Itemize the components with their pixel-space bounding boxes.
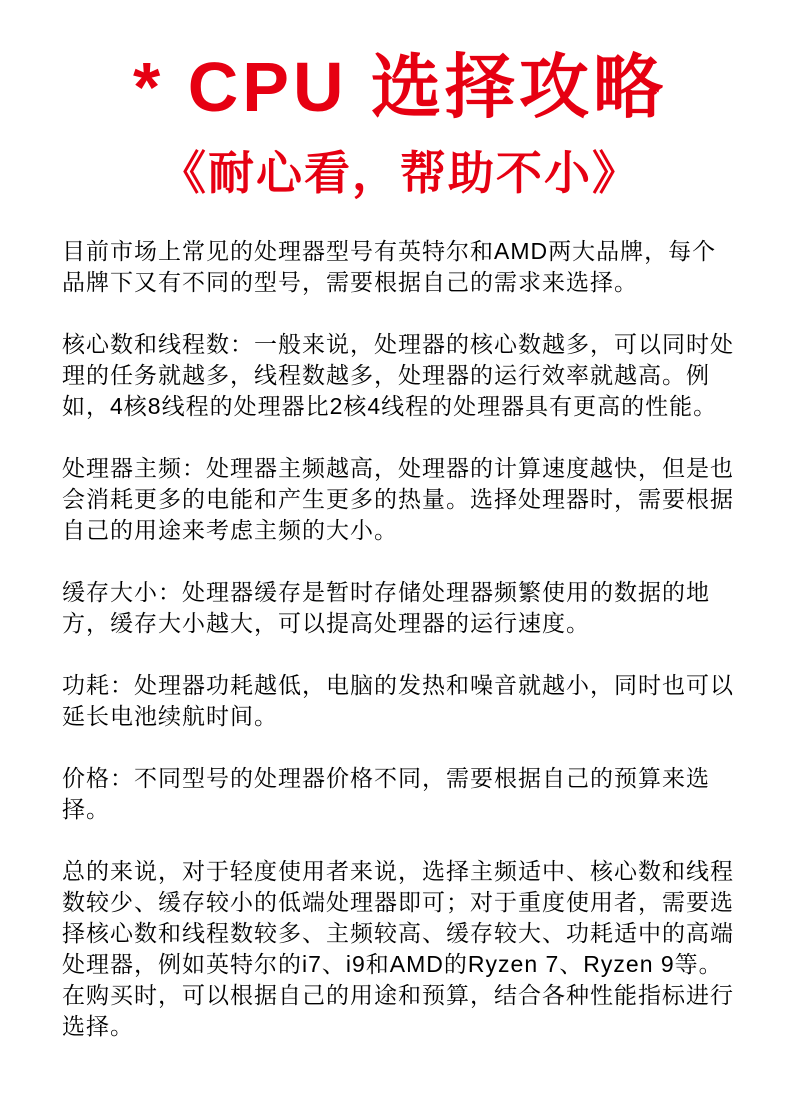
paragraph-cache-size: 缓存大小：处理器缓存是暂时存储处理器频繁使用的数据的地方，缓存大小越大，可以提高… bbox=[62, 577, 740, 639]
cpu-guide-card: * CPU 选择攻略 《耐心看，帮助不小》 目前市场上常见的处理器型号有英特尔和… bbox=[0, 0, 800, 1114]
page-title: * CPU 选择攻略 bbox=[30, 44, 770, 130]
paragraph-cores-threads: 核心数和线程数：一般来说，处理器的核心数越多，可以同时处理的任务就越多，线程数越… bbox=[62, 329, 740, 422]
page-subtitle: 《耐心看，帮助不小》 bbox=[30, 144, 770, 202]
article-body: 目前市场上常见的处理器型号有英特尔和AMD两大品牌，每个品牌下又有不同的型号，需… bbox=[62, 236, 740, 1042]
paragraph-price: 价格：不同型号的处理器价格不同，需要根据自己的预算来选择。 bbox=[62, 763, 740, 825]
paragraph-clock-speed: 处理器主频：处理器主频越高，处理器的计算速度越快，但是也会消耗更多的电能和产生更… bbox=[62, 453, 740, 546]
paragraph-power-consumption: 功耗：处理器功耗越低，电脑的发热和噪音就越小，同时也可以延长电池续航时间。 bbox=[62, 670, 740, 732]
paragraph-intro-brands: 目前市场上常见的处理器型号有英特尔和AMD两大品牌，每个品牌下又有不同的型号，需… bbox=[62, 236, 740, 298]
paragraph-summary: 总的来说，对于轻度使用者来说，选择主频适中、核心数和线程数较少、缓存较小的低端处… bbox=[62, 856, 740, 1042]
